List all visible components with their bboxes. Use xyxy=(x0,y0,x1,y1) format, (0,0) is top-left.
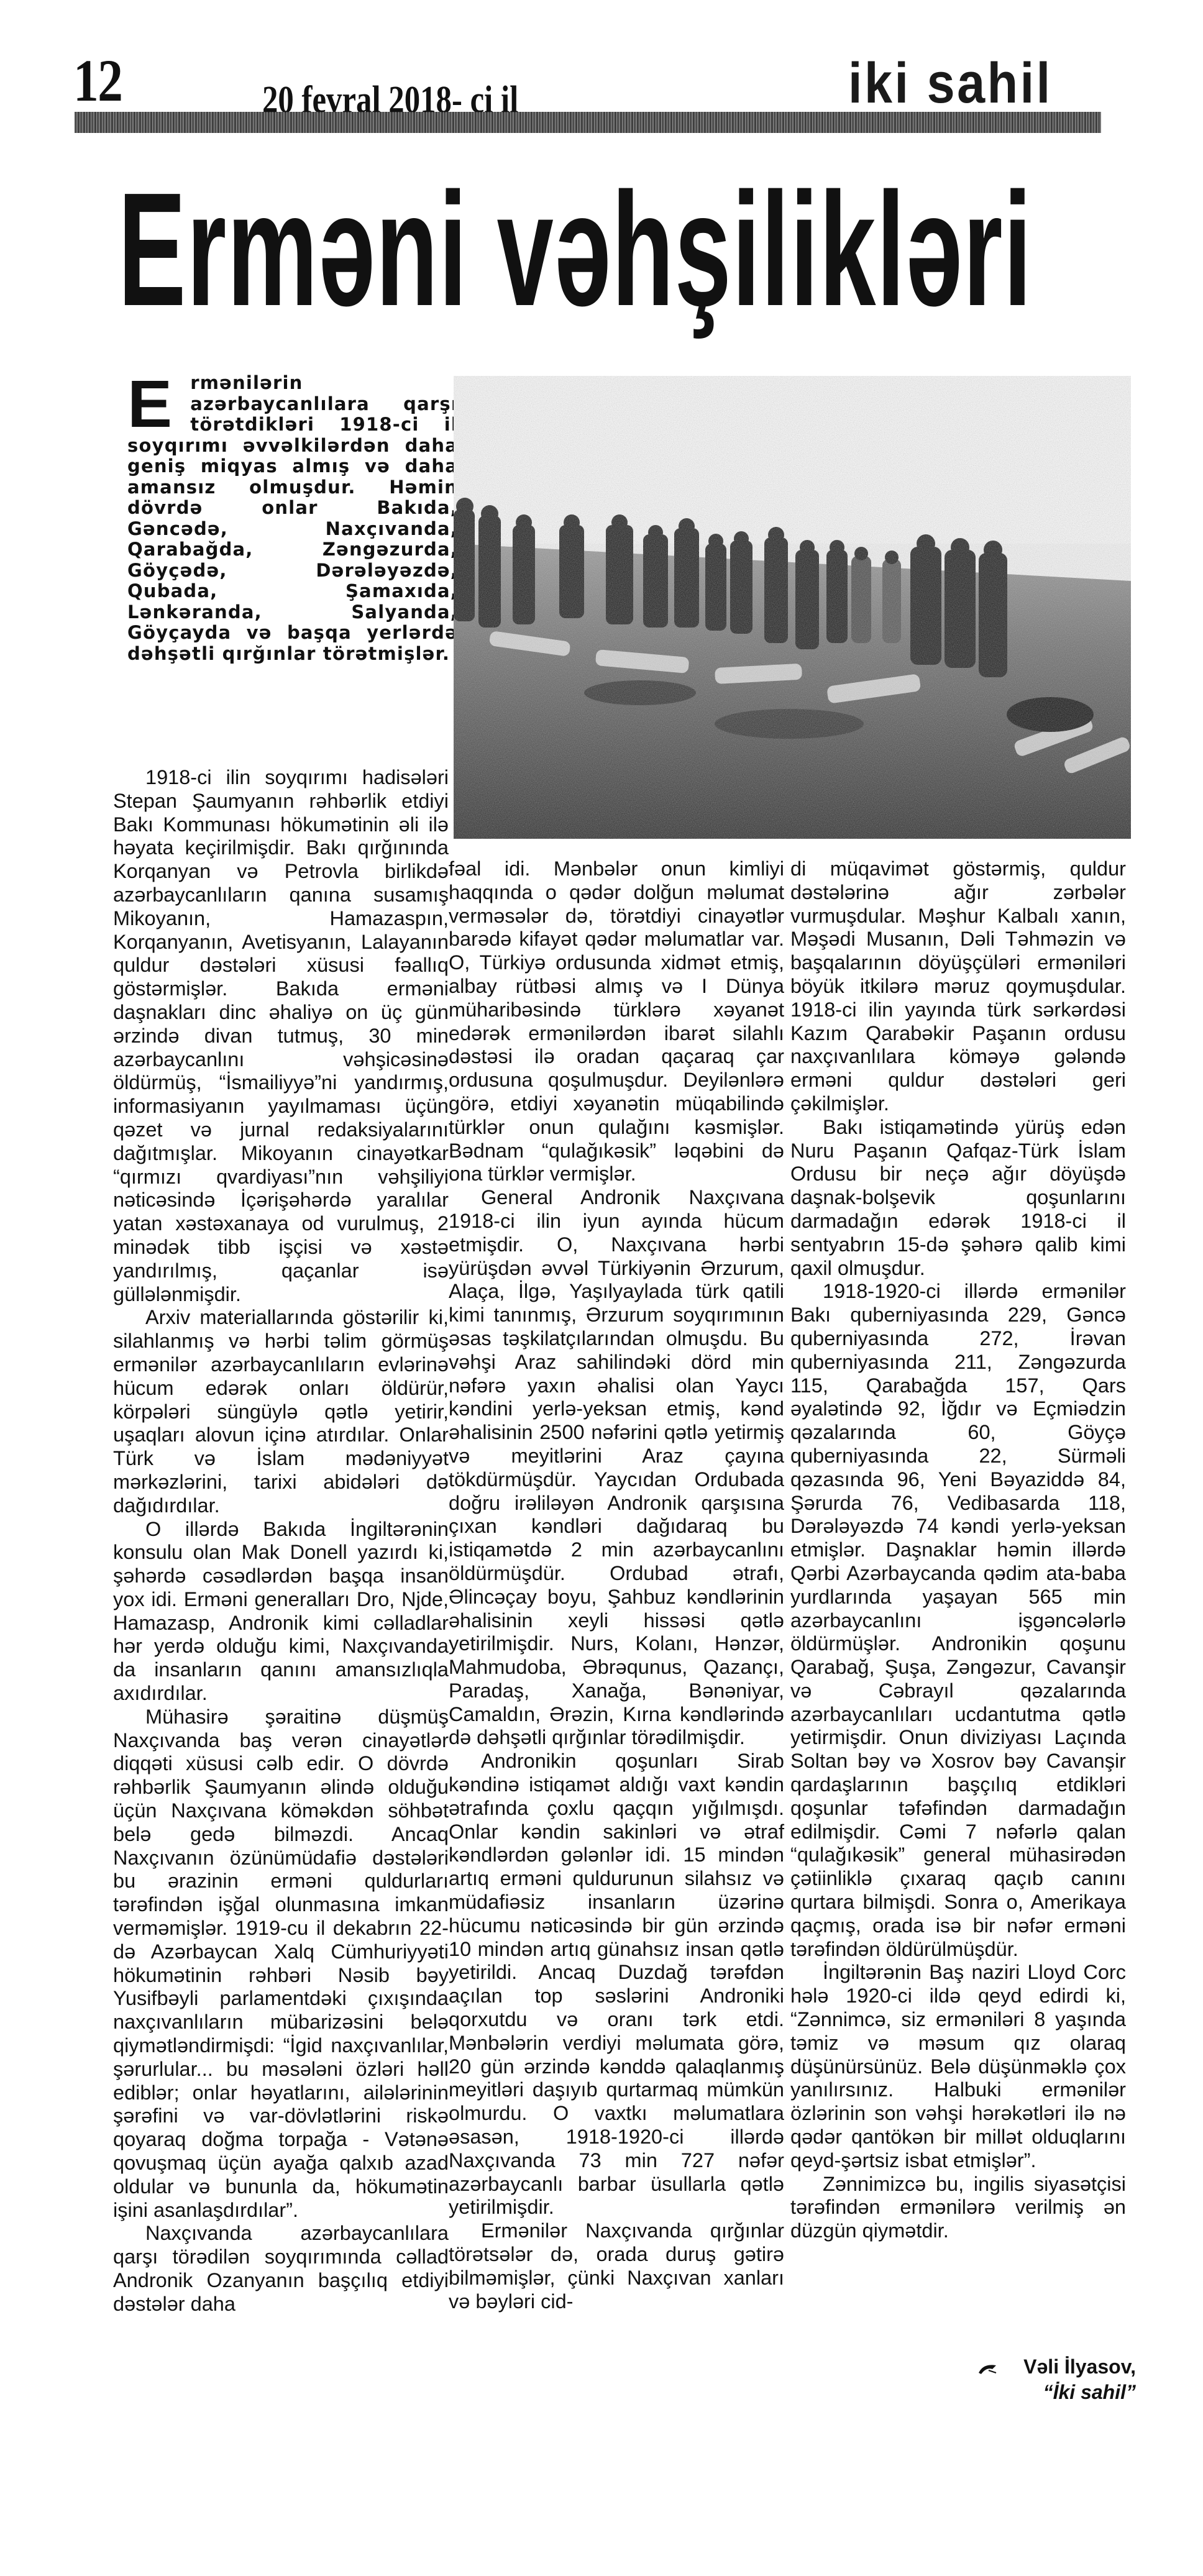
archival-photo-image xyxy=(454,376,1131,839)
byline: Vəli İlyasov, “İki sahil” xyxy=(901,2355,1136,2404)
paragraph: Naxçıvanda azərbaycanlılara qarşı törədi… xyxy=(113,2222,449,2316)
paragraph: O illərdə Bakıda İngiltərənin konsulu ol… xyxy=(113,1518,449,1706)
paragraph: 1918-1920-ci illərdə ermənilər Bakı qube… xyxy=(790,1280,1126,1961)
paragraph: General Andronik Naxçıvana 1918-ci ilin … xyxy=(449,1186,784,1750)
publication-name: “İki sahil” xyxy=(901,2380,1136,2404)
paragraph: İngiltərənin Baş naziri Lloyd Corc hələ … xyxy=(790,1961,1126,2172)
paragraph: 1918-ci ilin soyqırımı hadisələri Stepan… xyxy=(113,766,449,1306)
author-name: Vəli İlyasov, xyxy=(1023,2355,1136,2378)
article-photo xyxy=(454,376,1131,839)
lede-text: rmənilərin azərbaycanlılara qarşı törətd… xyxy=(127,372,458,664)
paragraph: Bakı istiqamətində yürüş edən Nuru Paşan… xyxy=(790,1116,1126,1281)
newspaper-masthead: iki sahil xyxy=(848,55,1053,112)
paragraph: Zənnimizcə bu, ingilis siyasətçisi tərəf… xyxy=(790,2173,1126,2243)
paragraph-continued: fəal idi. Mənbələr onun kimliyi haqqında… xyxy=(449,857,784,1186)
page-number: 12 xyxy=(73,51,122,111)
paragraph-continued: di müqavimət göstərmiş, quldur dəstələri… xyxy=(790,857,1126,1116)
drop-cap: E xyxy=(127,375,173,430)
article-column-3: di müqavimət göstərmiş, quldur dəstələri… xyxy=(790,857,1126,2243)
article-lede: Ermənilərin azərbaycanlılara qarşı törət… xyxy=(127,373,458,664)
pen-icon xyxy=(977,2357,999,2380)
paragraph: Arxiv materiallarında göstərilir ki, sil… xyxy=(113,1306,449,1517)
article-headline: Erməni vəhşilikləri xyxy=(118,169,736,331)
paragraph: Mühasirə şəraitinə düşmüş Naxçıvanda baş… xyxy=(113,1706,449,2222)
article-column-2: fəal idi. Mənbələr onun kimliyi haqqında… xyxy=(449,857,784,2313)
article-column-1: 1918-ci ilin soyqırımı hadisələri Stepan… xyxy=(113,766,449,2316)
header-rule-divider xyxy=(75,112,1101,133)
paragraph: Ermənilər Naxçıvanda qırğınlar törətsələ… xyxy=(449,2219,784,2313)
paragraph: Andronikin qoşunları Sirab kəndinə istiq… xyxy=(449,1750,784,2219)
